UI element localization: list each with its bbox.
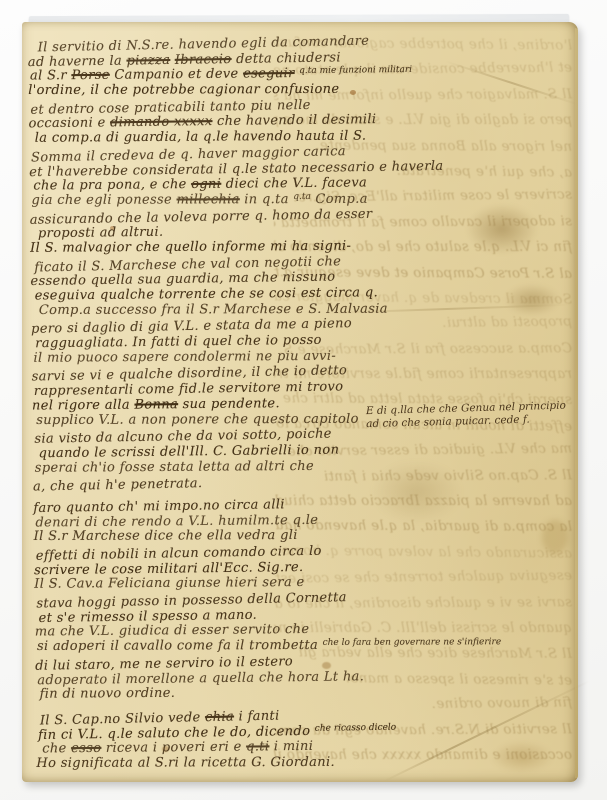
- manuscript-line: Ho significata al S.ri la ricetta G. Gio…: [36, 754, 576, 772]
- manuscript-line: fin di nuovo ordine.: [39, 683, 575, 702]
- manuscript-page: l'ordine, il che potrebbe cagionar confu…: [22, 22, 578, 782]
